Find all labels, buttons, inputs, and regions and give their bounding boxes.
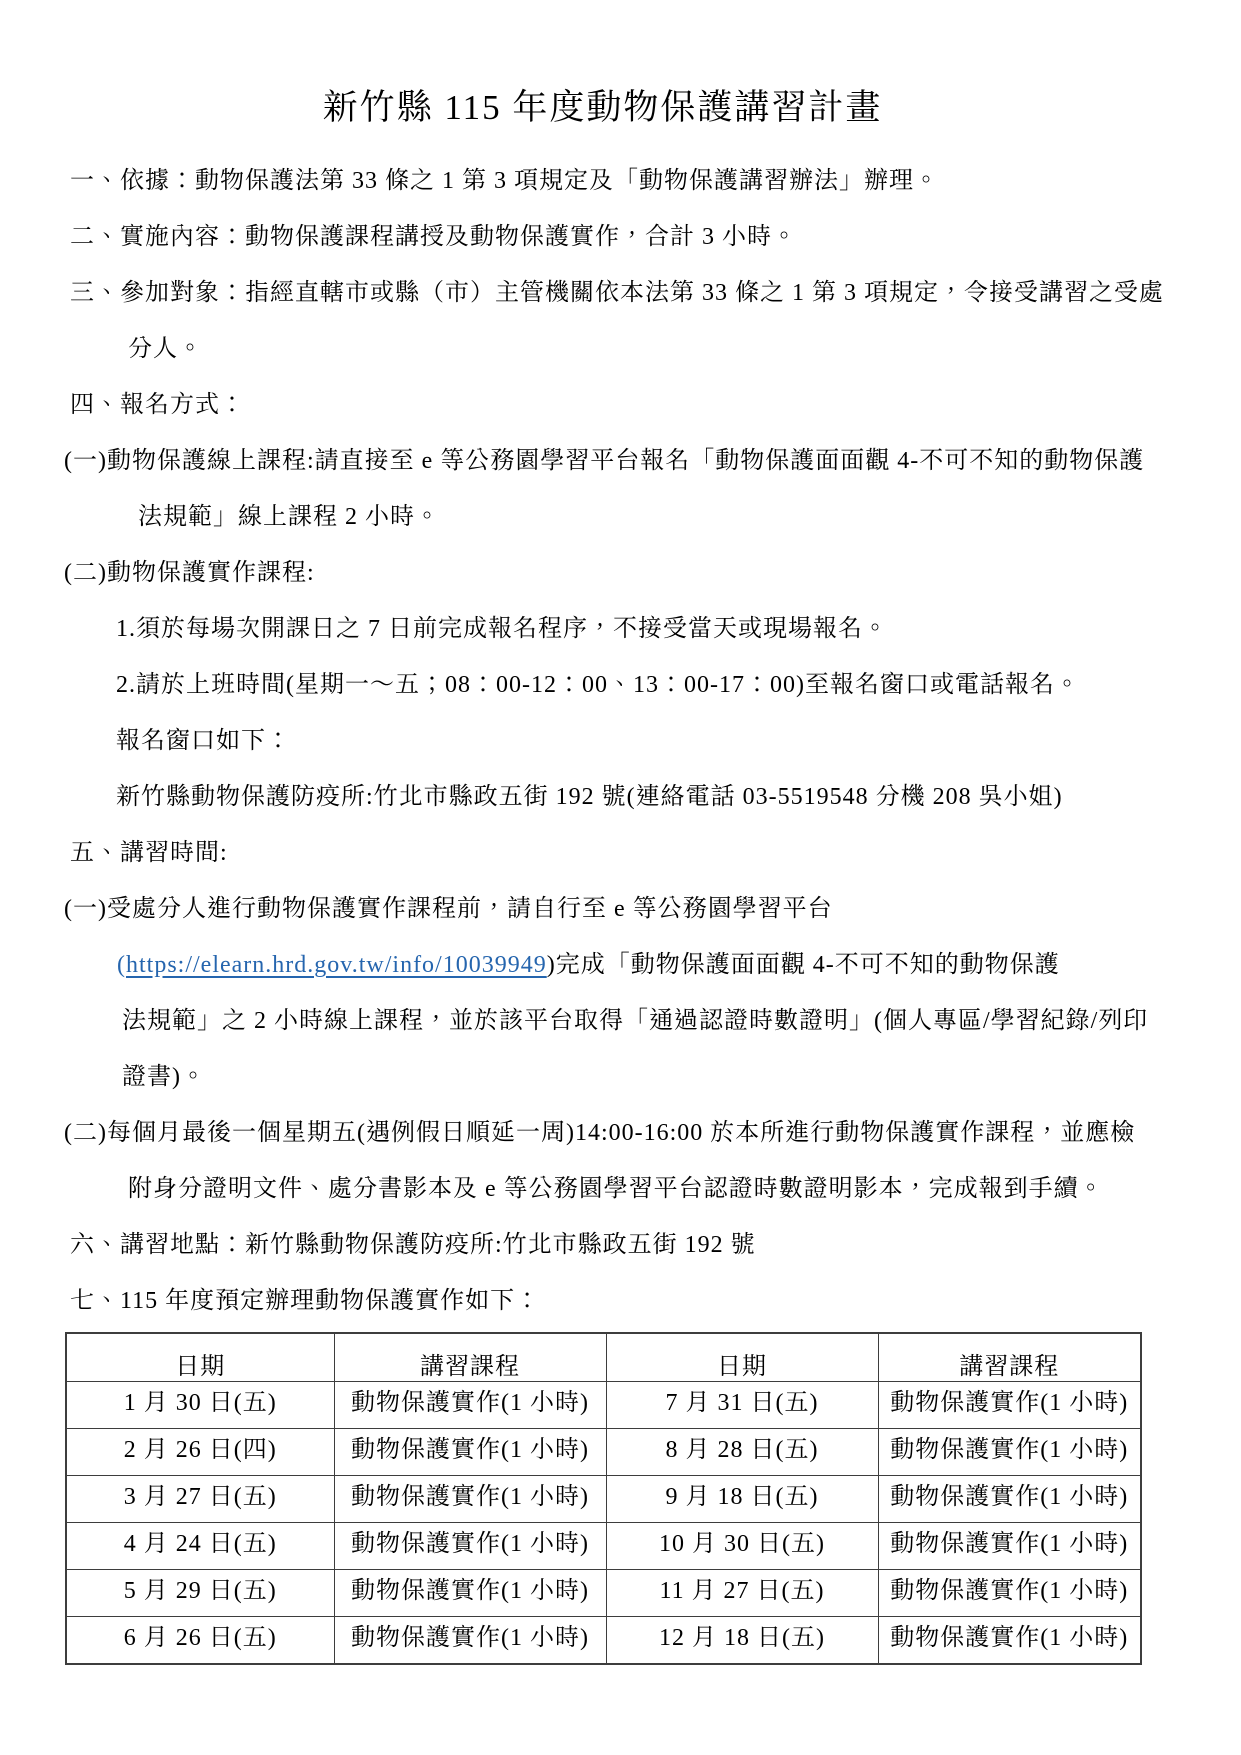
table-row: 1 月 30 日(五) 動物保護實作(1 小時) 7 月 31 日(五) 動物保… xyxy=(66,1382,1141,1429)
table-cell-course: 動物保護實作(1 小時) xyxy=(334,1476,606,1523)
paragraph-rule-2: 2.請於上班時間(星期一～五；08：00-12：00、13：00-17：00)至… xyxy=(116,672,1080,699)
paragraph-participants-cont: 分人。 xyxy=(128,336,203,363)
table-cell-date: 2 月 26 日(四) xyxy=(66,1429,334,1476)
table-cell-date: 5 月 29 日(五) xyxy=(66,1570,334,1617)
link-post-text: )完成「動物保護面面觀 4-不可不知的動物保護 xyxy=(547,952,1060,978)
link-open-paren: ( xyxy=(117,952,126,978)
header-date-left: 日期 xyxy=(66,1333,334,1382)
table-cell-date: 4 月 24 日(五) xyxy=(66,1523,334,1570)
table-cell-date: 12 月 18 日(五) xyxy=(606,1617,878,1664)
table-row: 2 月 26 日(四) 動物保護實作(1 小時) 8 月 28 日(五) 動物保… xyxy=(66,1429,1141,1476)
table-cell-date: 1 月 30 日(五) xyxy=(66,1382,334,1429)
paragraph-basis: 一、依據：動物保護法第 33 條之 1 第 3 項規定及「動物保護講習辦法」辦理… xyxy=(70,168,939,195)
paragraph-time: 五、講習時間: xyxy=(70,840,228,867)
table-cell-course: 動物保護實作(1 小時) xyxy=(878,1476,1141,1523)
table-header-row: 日期 講習課程 日期 講習課程 xyxy=(66,1333,1141,1382)
table-cell-course: 動物保護實作(1 小時) xyxy=(334,1382,606,1429)
header-course-left: 講習課程 xyxy=(334,1333,606,1382)
table-cell-course: 動物保護實作(1 小時) xyxy=(878,1570,1141,1617)
paragraph-elearn-link-line: (https://elearn.hrd.gov.tw/info/10039949… xyxy=(117,952,1060,979)
elearn-link[interactable]: https://elearn.hrd.gov.tw/info/10039949 xyxy=(126,952,547,978)
paragraph-time-item1-end: 證書)。 xyxy=(122,1064,206,1091)
table-cell-course: 動物保護實作(1 小時) xyxy=(878,1382,1141,1429)
paragraph-participants: 三、參加對象：指經直轄市或縣（市）主管機關依本法第 33 條之 1 第 3 項規… xyxy=(70,280,1164,307)
header-course-right: 講習課程 xyxy=(878,1333,1141,1382)
table-row: 6 月 26 日(五) 動物保護實作(1 小時) 12 月 18 日(五) 動物… xyxy=(66,1617,1141,1664)
table-cell-course: 動物保護實作(1 小時) xyxy=(334,1617,606,1664)
paragraph-time-item1: (一)受處分人進行動物保護實作課程前，請自行至 e 等公務園學習平台 xyxy=(64,896,833,923)
paragraph-registration: 四、報名方式： xyxy=(70,392,245,419)
table-cell-date: 11 月 27 日(五) xyxy=(606,1570,878,1617)
table-cell-date: 8 月 28 日(五) xyxy=(606,1429,878,1476)
table-cell-course: 動物保護實作(1 小時) xyxy=(334,1523,606,1570)
table-cell-course: 動物保護實作(1 小時) xyxy=(334,1570,606,1617)
table-cell-date: 3 月 27 日(五) xyxy=(66,1476,334,1523)
paragraph-online-course: (一)動物保護線上課程:請直接至 e 等公務園學習平台報名「動物保護面面觀 4-… xyxy=(64,448,1144,475)
table-cell-date: 9 月 18 日(五) xyxy=(606,1476,878,1523)
table-row: 5 月 29 日(五) 動物保護實作(1 小時) 11 月 27 日(五) 動物… xyxy=(66,1570,1141,1617)
table-cell-date: 7 月 31 日(五) xyxy=(606,1382,878,1429)
table-cell-course: 動物保護實作(1 小時) xyxy=(878,1429,1141,1476)
paragraph-time-item2: (二)每個月最後一個星期五(遇例假日順延一周)14:00-16:00 於本所進行… xyxy=(64,1120,1135,1147)
paragraph-content: 二、實施內容：動物保護課程講授及動物保護實作，合計 3 小時。 xyxy=(70,224,797,251)
paragraph-online-course-cont: 法規範」線上課程 2 小時。 xyxy=(138,504,440,531)
table-cell-date: 6 月 26 日(五) xyxy=(66,1617,334,1664)
paragraph-schedule-intro: 七、115 年度預定辦理動物保護實作如下： xyxy=(70,1288,540,1315)
paragraph-practical-course: (二)動物保護實作課程: xyxy=(64,560,315,587)
table-cell-date: 10 月 30 日(五) xyxy=(606,1523,878,1570)
paragraph-location: 六、講習地點：新竹縣動物保護防疫所:竹北市縣政五街 192 號 xyxy=(70,1232,756,1259)
table-cell-course: 動物保護實作(1 小時) xyxy=(878,1617,1141,1664)
header-date-right: 日期 xyxy=(606,1333,878,1382)
table-cell-course: 動物保護實作(1 小時) xyxy=(334,1429,606,1476)
table-row: 4 月 24 日(五) 動物保護實作(1 小時) 10 月 30 日(五) 動物… xyxy=(66,1523,1141,1570)
paragraph-time-item1-cont: 法規範」之 2 小時線上課程，並於該平台取得「通過認證時數證明」(個人專區/學習… xyxy=(122,1008,1148,1035)
table-row: 3 月 27 日(五) 動物保護實作(1 小時) 9 月 18 日(五) 動物保… xyxy=(66,1476,1141,1523)
paragraph-rule-1: 1.須於每場次開課日之 7 日前完成報名程序，不接受當天或現場報名。 xyxy=(116,616,888,643)
schedule-table: 日期 講習課程 日期 講習課程 1 月 30 日(五) 動物保護實作(1 小時)… xyxy=(65,1332,1142,1665)
document-page: 新竹縣 115 年度動物保護講習計畫 一、依據：動物保護法第 33 條之 1 第… xyxy=(0,0,1241,1755)
paragraph-window-address: 新竹縣動物保護防疫所:竹北市縣政五街 192 號(連絡電話 03-5519548… xyxy=(116,784,1063,811)
table-cell-course: 動物保護實作(1 小時) xyxy=(878,1523,1141,1570)
paragraph-time-item2-cont: 附身分證明文件、處分書影本及 e 等公務園學習平台認證時數證明影本，完成報到手續… xyxy=(128,1176,1104,1203)
document-title: 新竹縣 115 年度動物保護講習計畫 xyxy=(65,80,1140,130)
paragraph-window-label: 報名窗口如下： xyxy=(116,728,291,755)
